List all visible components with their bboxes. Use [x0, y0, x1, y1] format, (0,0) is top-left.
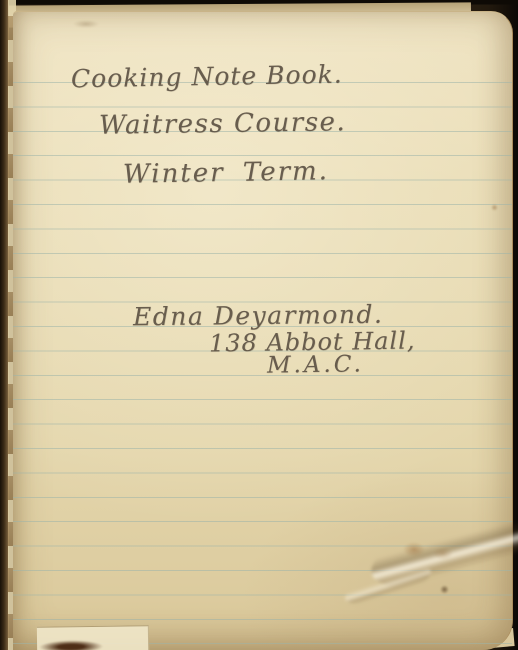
handwriting-title-line-3: Winter Term.: [123, 158, 329, 188]
stain-spot: [440, 585, 449, 594]
stain-spot: [433, 547, 453, 560]
stain-spot: [73, 20, 99, 28]
scanned-notebook-photo: Cooking Note Book. Waitress Course. Wint…: [0, 0, 518, 650]
stain-spot: [491, 204, 498, 211]
handwriting-title-line-2: Waitress Course.: [99, 109, 347, 138]
notebook-page: Cooking Note Book. Waitress Course. Wint…: [13, 11, 513, 650]
tape-residue: [37, 625, 149, 650]
stain-spot: [403, 542, 425, 557]
handwriting-title-line-1: Cooking Note Book.: [71, 62, 343, 92]
dark-smudge: [39, 640, 103, 650]
handwriting-signature-name: Edna Deyarmond.: [133, 302, 384, 330]
handwriting-signature-institution: M.A.C.: [267, 353, 364, 377]
